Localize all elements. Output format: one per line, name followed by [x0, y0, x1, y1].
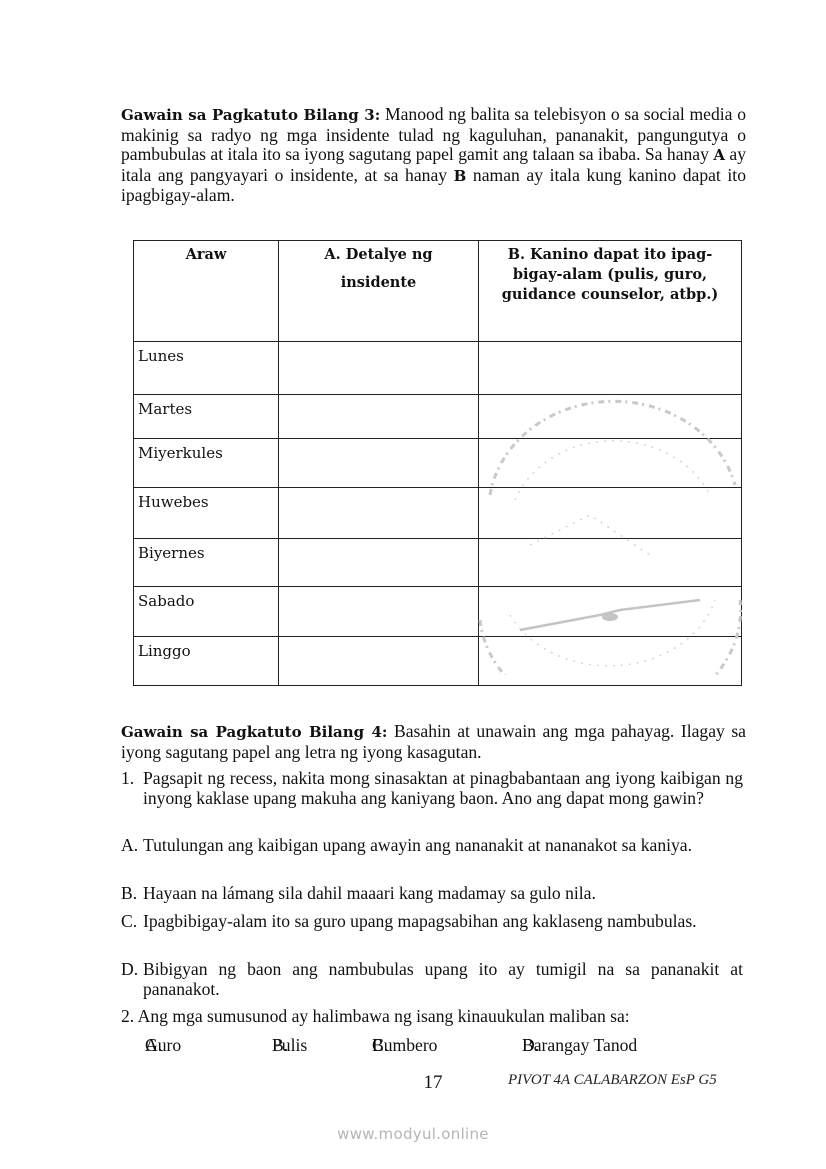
incident-detail-cell: [279, 439, 479, 488]
incident-log-table: Araw A. Detalye nginsidente B. Kanino da…: [133, 240, 742, 686]
table-row: Biyernes: [134, 539, 742, 587]
incident-detail-cell: [279, 342, 479, 395]
header-detalye: A. Detalye nginsidente: [279, 241, 479, 342]
page-number: 17: [368, 1072, 498, 1094]
report-to-cell: [479, 587, 742, 637]
table-row: Sabado: [134, 587, 742, 637]
report-to-cell: [479, 488, 742, 539]
site-watermark: www.modyul.online: [0, 1125, 826, 1143]
table-row: Lunes: [134, 342, 742, 395]
report-to-cell: [479, 439, 742, 488]
table-row: Huwebes: [134, 488, 742, 539]
table-row: Linggo: [134, 637, 742, 686]
question-1-choice-c: C. Ipagbibigay-alam ito sa guro upang ma…: [121, 912, 743, 932]
incident-detail-cell: [279, 637, 479, 686]
day-label: Huwebes: [134, 488, 279, 539]
module-page: Gawain sa Pagkatuto Bilang 3: Manood ng …: [0, 0, 826, 1169]
question-1: 1. Pagsapit ng recess, nakita mong sinas…: [121, 769, 743, 808]
header-araw: Araw: [134, 241, 279, 342]
day-label: Lunes: [134, 342, 279, 395]
question-1-choice-a: A. Tutulungan ang kaibigan upang awayin …: [121, 836, 743, 856]
day-label: Miyerkules: [134, 439, 279, 488]
activity-4-instructions: Gawain sa Pagkatuto Bilang 4: Basahin at…: [121, 722, 746, 762]
incident-detail-cell: [279, 539, 479, 587]
report-to-cell: [479, 539, 742, 587]
series-footer: PIVOT 4A CALABARZON EsP G5: [508, 1072, 717, 1089]
report-to-cell: [479, 342, 742, 395]
day-label: Linggo: [134, 637, 279, 686]
incident-detail-cell: [279, 488, 479, 539]
activity-3-title: Gawain sa Pagkatuto Bilang 3:: [121, 106, 380, 124]
question-1-choice-d: D. Bibigyan ng baon ang nambubulas upang…: [121, 960, 743, 999]
report-to-cell: [479, 637, 742, 686]
incident-detail-cell: [279, 587, 479, 637]
table-header-row: Araw A. Detalye nginsidente B. Kanino da…: [134, 241, 742, 342]
day-label: Sabado: [134, 587, 279, 637]
day-label: Martes: [134, 395, 279, 439]
incident-detail-cell: [279, 395, 479, 439]
activity-3-instructions: Gawain sa Pagkatuto Bilang 3: Manood ng …: [121, 105, 746, 206]
activity-4-title: Gawain sa Pagkatuto Bilang 4:: [121, 723, 387, 741]
report-to-cell: [479, 395, 742, 439]
table-row: Martes: [134, 395, 742, 439]
table-row: Miyerkules: [134, 439, 742, 488]
day-label: Biyernes: [134, 539, 279, 587]
question-2: 2. Ang mga sumusunod ay halimbawa ng isa…: [121, 1007, 761, 1027]
question-1-choice-b: B. Hayaan na lámang sila dahil maaari ka…: [121, 884, 743, 904]
header-kanino: B. Kanino dapat ito ipag-bigay-alam (pul…: [479, 241, 742, 342]
